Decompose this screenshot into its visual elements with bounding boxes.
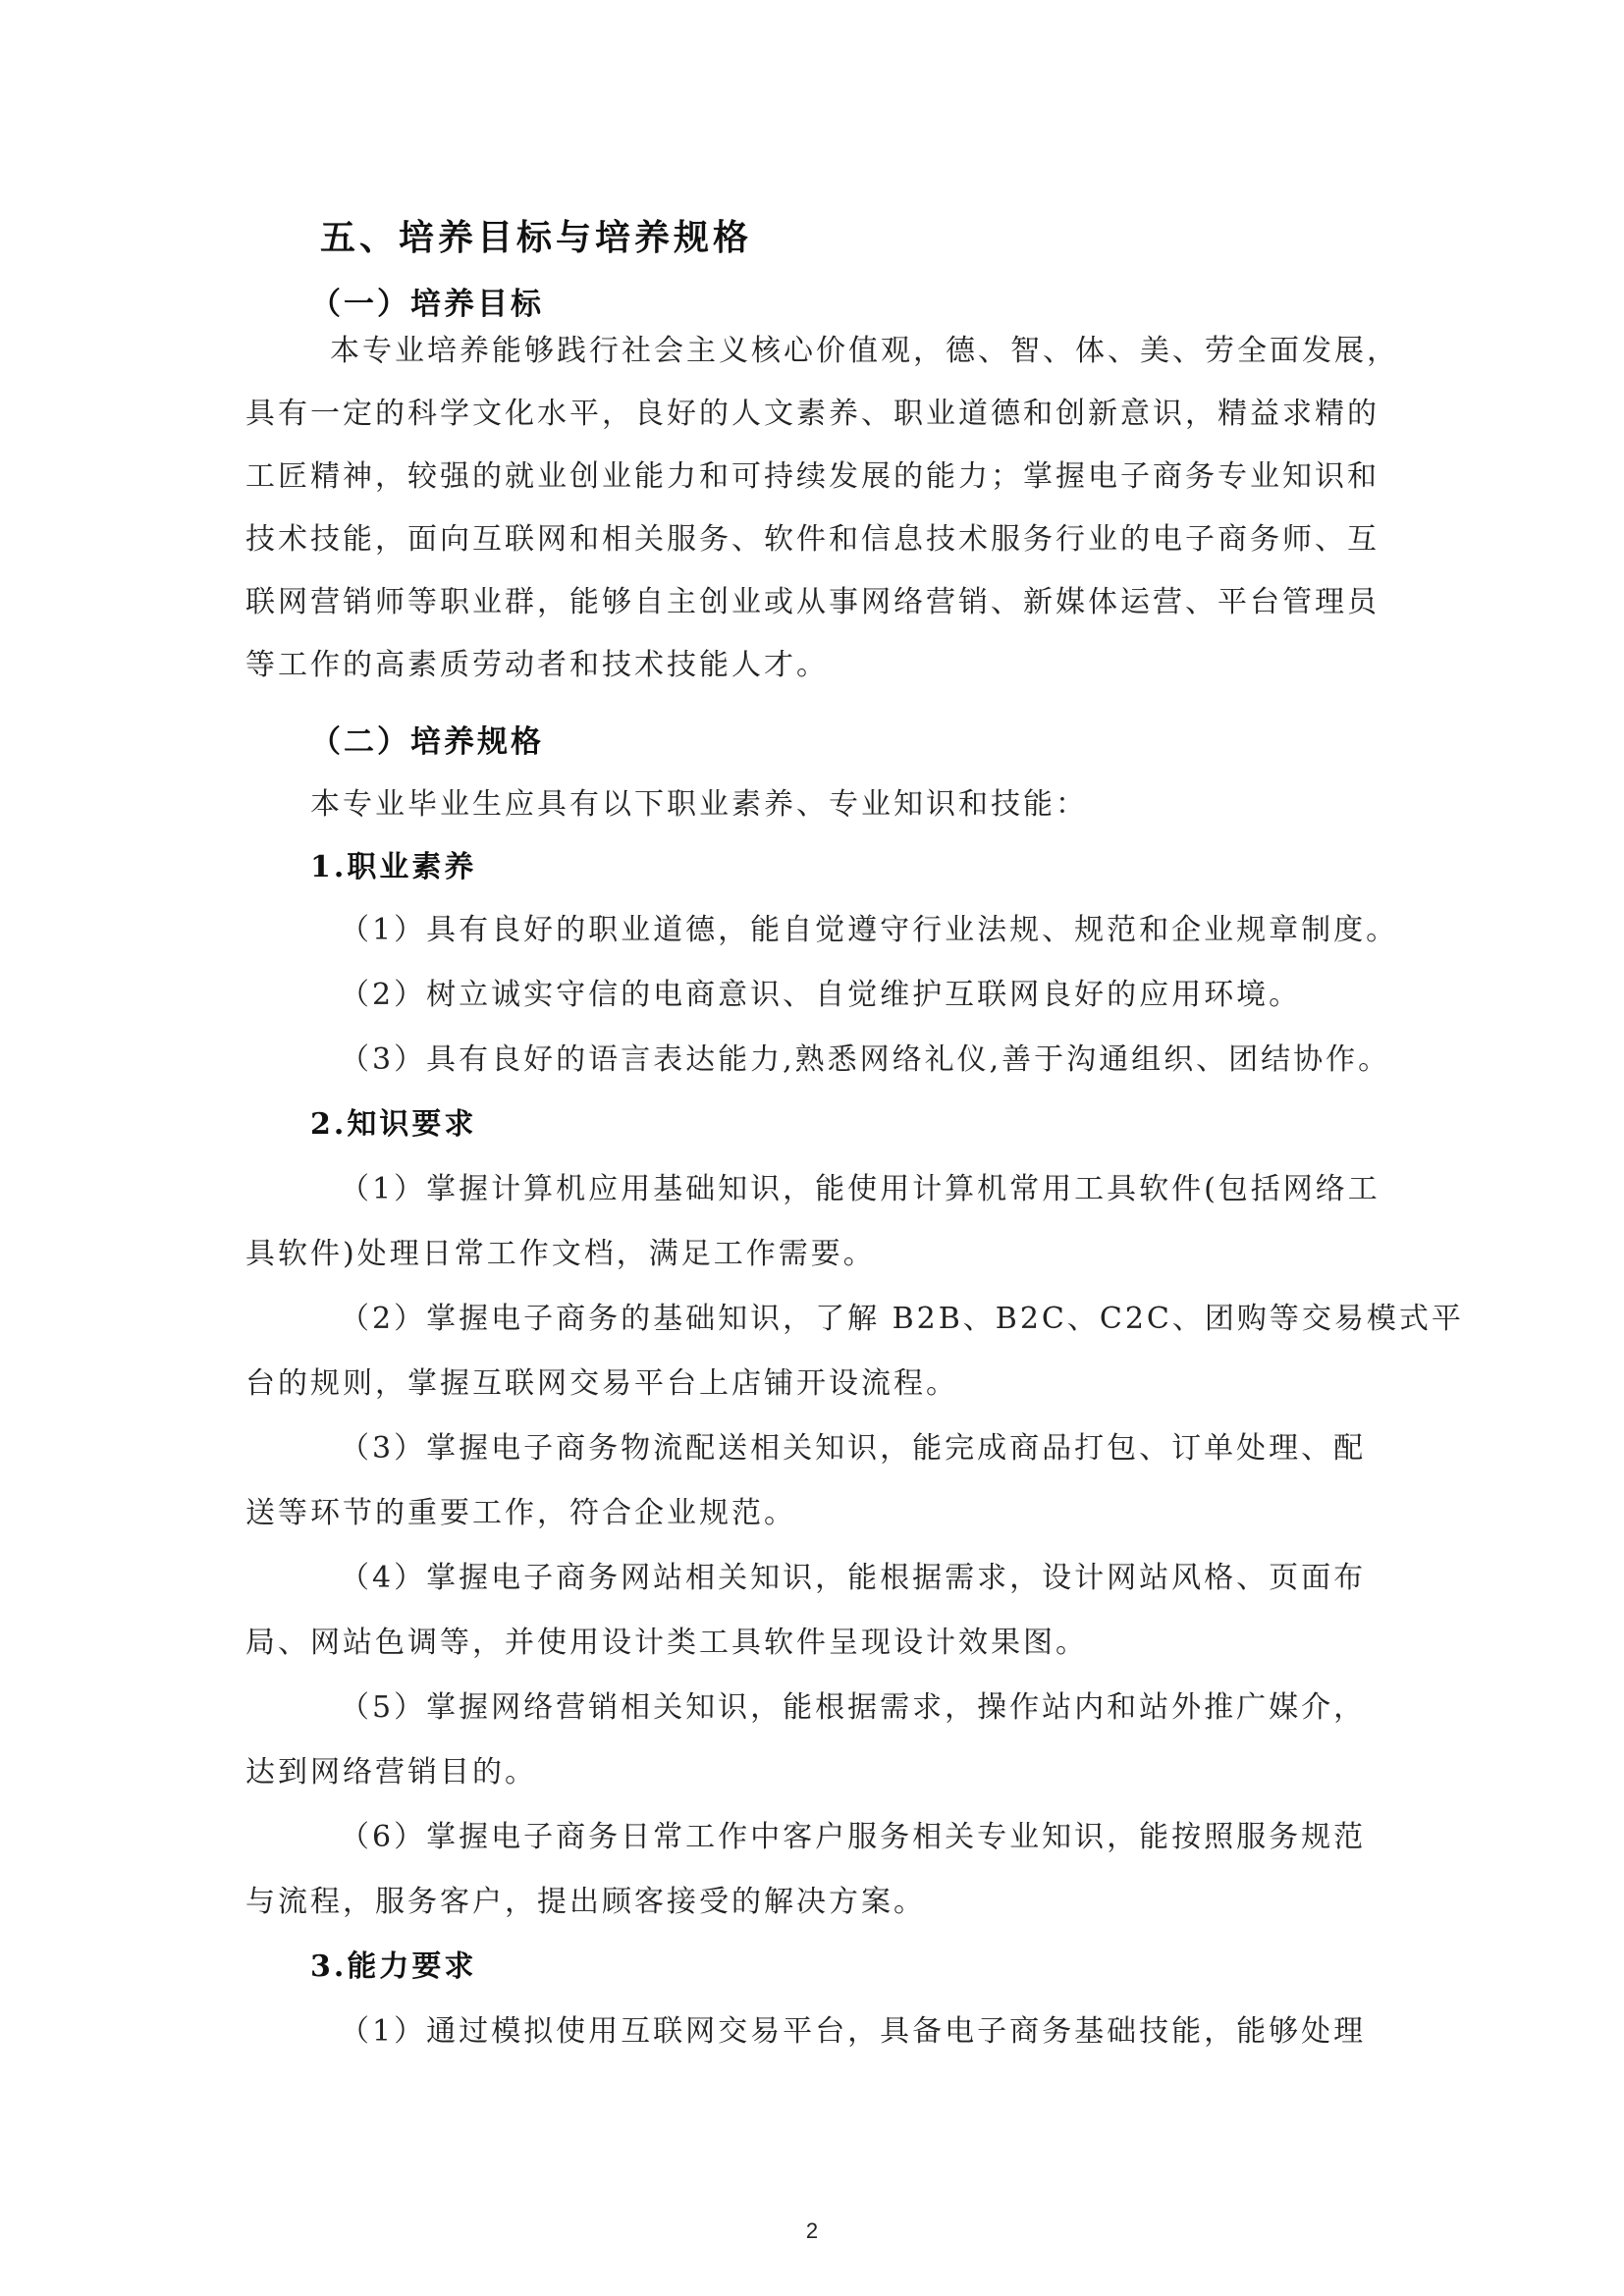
part-title-knowledge: 2.知识要求 [310, 1105, 476, 1145]
part-title-professional-quality: 1.职业素养 [310, 848, 476, 887]
paragraph-line: 技术技能，面向互联网和相关服务、软件和信息技术服务行业的电子商务师、互 [245, 520, 1380, 560]
page-number: 2 [0, 2218, 1624, 2244]
paragraph-line: （5）掌握网络营销相关知识，能根据需求，操作站内和站外推广媒介， [340, 1688, 1366, 1728]
list-item: （1）具有良好的职业道德，能自觉遵守行业法规、规范和企业规章制度。 [340, 911, 1398, 950]
paragraph-line: （2）掌握电子商务的基础知识，了解 B2B、B2C、C2C、团购等交易模式平 [340, 1300, 1464, 1339]
paragraph-line: （1）通过模拟使用互联网交易平台，具备电子商务基础技能，能够处理 [340, 2012, 1366, 2052]
paragraph-line: （6）掌握电子商务日常工作中客户服务相关专业知识，能按照服务规范 [340, 1818, 1366, 1857]
list-item: （3）具有良好的语言表达能力,熟悉网络礼仪,善于沟通组织、团结协作。 [340, 1041, 1390, 1080]
subsection-title-specs: （二）培养规格 [310, 722, 544, 762]
paragraph-line: 台的规则，掌握互联网交易平台上店铺开设流程。 [245, 1364, 958, 1404]
paragraph-line: 具有一定的科学文化水平，良好的人文素养、职业道德和创新意识，精益求精的 [245, 395, 1380, 434]
paragraph-line: 达到网络营销目的。 [245, 1753, 537, 1792]
subsection-title-goals: （一）培养目标 [310, 285, 544, 324]
part-title-ability: 3.能力要求 [310, 1948, 476, 1987]
paragraph-line: 与流程，服务客户，提出顾客接受的解决方案。 [245, 1883, 926, 1922]
section-title: 五、培养目标与培养规格 [320, 218, 752, 257]
list-item: （2）树立诚实守信的电商意识、自觉维护互联网良好的应用环境。 [340, 976, 1301, 1015]
paragraph-line: 工匠精神，较强的就业创业能力和可持续发展的能力；掌握电子商务专业知识和 [245, 457, 1380, 497]
paragraph-line: 联网营销师等职业群，能够自主创业或从事网络营销、新媒体运营、平台管理员 [245, 583, 1380, 622]
paragraph-line: 送等环节的重要工作，符合企业规范。 [245, 1494, 796, 1533]
paragraph-line: （1）掌握计算机应用基础知识，能使用计算机常用工具软件(包括网络工 [340, 1170, 1380, 1209]
paragraph-line: 具软件)处理日常工作文档，满足工作需要。 [245, 1235, 876, 1274]
paragraph-line: 等工作的高素质劳动者和技术技能人才。 [245, 646, 829, 685]
paragraph-line: 本专业培养能够践行社会主义核心价值观，德、智、体、美、劳全面发展， [330, 332, 1399, 371]
paragraph-line: （4）掌握电子商务网站相关知识，能根据需求，设计网站风格、页面布 [340, 1559, 1366, 1598]
paragraph-line: （3）掌握电子商务物流配送相关知识，能完成商品打包、订单处理、配 [340, 1429, 1366, 1468]
paragraph-line: 局、网站色调等，并使用设计类工具软件呈现设计效果图。 [245, 1624, 1088, 1663]
intro-text: 本专业毕业生应具有以下职业素养、专业知识和技能： [310, 785, 1088, 825]
